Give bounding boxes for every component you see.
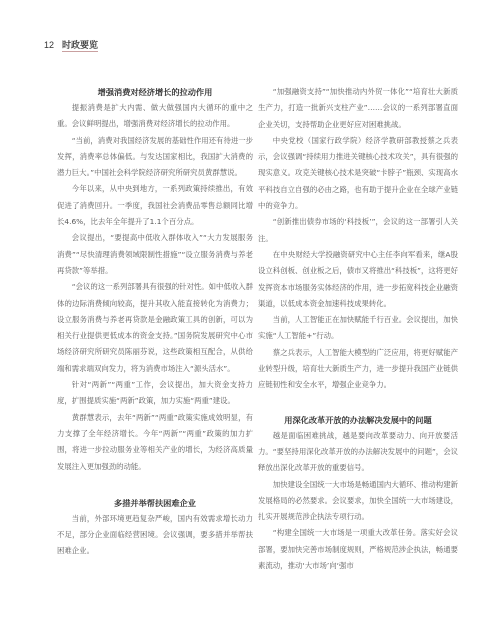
page-number: 12 [44,40,54,50]
paragraph: 会议提出，“要提高中低收入群体收入”“大力发展服务消费”“尽快清理消费领域限制性… [57,230,253,279]
paragraph: 越是面临困难挑战，越是要向改革要动力、向开放要活力。“要坚持用深化改革开放的办法… [258,428,458,477]
section-heading-consumption: 增强消费对经济增长的拉动作用 [57,84,253,100]
paragraph: 今年以来，从中央到地方，一系列政策持续推出，有效促进了消费回升。一季度，我国社会… [57,181,253,230]
paragraph: 在中央财经大学投融资研究中心主任李向军看来，继A股设立科创板、创业板之后，债市又… [258,247,458,312]
paragraph: 提振消费是扩大内需、做大做强国内大循环的重中之重。会议鲜明提出，增强消费对经济增… [57,100,253,133]
paragraph: “当前，消费对我国经济发展的基础性作用还有待进一步发挥，消费率总体偏低。与发达国… [57,133,253,182]
paragraph: 黄群慧表示，去年“两新”“两重”政策实施成效明显，有力支撑了全年经济增长。今年“… [57,410,253,475]
section-name: 时政要览 [62,38,98,52]
page-header: 12 时政要览 [44,38,98,52]
paragraph: 中央党校（国家行政学院）经济学教研部教授蔡之兵表示，会议强调“持续用力推进关键核… [258,133,458,214]
paragraph: 蔡之兵表示，人工智能大模型的广泛应用，将更好赋能产业转型升级，培育壮大新质生产力… [258,345,458,394]
section-spacer [57,475,253,495]
paragraph: “加强融资支持”“加快推动内外贸一体化”“培育壮大新质生产力，打造一批新兴支柱产… [258,84,458,133]
paragraph: 针对“两新”“两重”工作，会议提出，加大资金支持力度，扩围提质实施“两新”政策，… [57,377,253,410]
right-column: “加强融资支持”“加快推动内外贸一体化”“培育壮大新质生产力，打造一批新兴支柱产… [258,84,458,574]
paragraph: 加快建设全国统一大市场是畅通国内大循环、推动构建新发展格局的必然要求。会议要求，… [258,477,458,526]
left-column: 增强消费对经济增长的拉动作用 提振消费是扩大内需、做大做强国内大循环的重中之重。… [57,84,253,560]
section-heading-enterprises: 多措并举帮扶困难企业 [57,495,253,511]
paragraph: 当前，人工智能正在加快赋能千行百业。会议提出，加快实施“人工智能+”行动。 [258,312,458,345]
section-spacer [258,394,458,412]
paragraph: “构建全国统一大市场是一项重大改革任务。落实好会议部署，要加快完善市场制度规则，… [258,525,458,574]
section-heading-reform: 用深化改革开放的办法解决发展中的问题 [258,412,458,428]
paragraph: “创新推出债券市场的‘科技板’”，会议的这一部署引人关注。 [258,214,458,247]
paragraph: 当前，外部环境更趋复杂严峻，国内有效需求增长动力不足，部分企业面临经营困境。会议… [57,511,253,560]
paragraph: “会议的这一系列部署具有很强的针对性。如中低收入群体的边际消费倾向较高，提升其收… [57,279,253,377]
